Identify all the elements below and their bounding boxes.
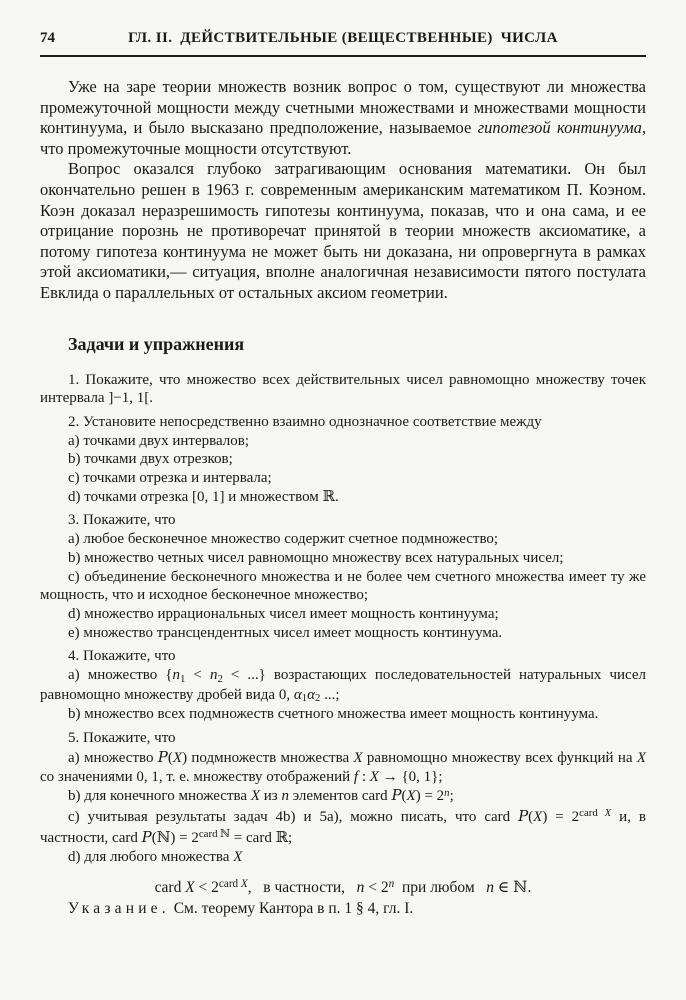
text-segment: X xyxy=(407,788,416,804)
text-segment: X xyxy=(173,750,182,766)
book-page: 74 ГЛ. II. ДЕЙСТВИТЕЛЬНЫЕ (ВЕЩЕСТВЕННЫЕ)… xyxy=(0,0,686,1000)
problem-5-item-d: d) для любого множества X xyxy=(40,848,646,867)
text-segment: a) любое бесконечное множество содержит … xyxy=(68,531,498,547)
text-segment: , в частности, xyxy=(248,879,357,896)
text-segment: при любом xyxy=(394,879,486,896)
problem-3-item-b: b) множество четных чисел равномощно мно… xyxy=(40,549,646,568)
problem-3: 3. Покажите, что xyxy=(40,511,646,530)
intro-text: Уже на заре теории множеств возник вопро… xyxy=(40,77,646,304)
text-segment: < xyxy=(185,667,210,683)
text-segment: P xyxy=(142,828,152,846)
text-segment: 1 xyxy=(180,673,185,685)
text-segment: P xyxy=(158,748,168,766)
text-segment: ...; xyxy=(320,687,339,703)
text-segment: 2 xyxy=(315,692,320,704)
text-segment: card xyxy=(219,878,241,890)
text-segment: c) объединение бесконечного множества и … xyxy=(40,569,646,604)
text-segment: Вопрос оказался глубоко затрагивающим ос… xyxy=(40,159,646,302)
text-segment: c) точками отрезка и интервала; xyxy=(68,470,272,486)
text-segment: равномощно множеству всех функций на xyxy=(363,750,637,766)
page-number: 74 xyxy=(40,30,55,47)
problem-3-item-a: a) любое бесконечное множество содержит … xyxy=(40,530,646,549)
text-segment: ) = 2 xyxy=(542,809,579,825)
paragraph-continuum-hypothesis: Уже на заре теории множеств возник вопро… xyxy=(40,77,646,159)
text-segment: ) подмножеств множества xyxy=(182,750,353,766)
problem-3-item-c: c) объединение бесконечного множества и … xyxy=(40,568,646,605)
text-segment: X xyxy=(370,769,379,785)
problem-2-item-b: b) точками двух отрезков; xyxy=(40,450,646,469)
problem-3-item-d: d) множество иррациональных чисел имеет … xyxy=(40,605,646,624)
problem-5-item-b: b) для конечного множества X из n элемен… xyxy=(40,786,646,807)
hint-label: Указание. xyxy=(68,900,170,917)
problem-4-item-b: b) множество всех подмножеств счетного м… xyxy=(40,705,646,724)
text-segment: X xyxy=(637,750,646,766)
hint-text: См. теорему Кантора в п. 1 § 4, гл. I. xyxy=(174,900,414,917)
text-segment: α xyxy=(307,687,315,703)
problem-2-item-d: d) точками отрезка [0, 1] и множеством ℝ… xyxy=(40,488,646,507)
text-segment: e) множество трансцендентных чисел имеет… xyxy=(68,625,502,641)
text-segment: card xyxy=(579,807,604,819)
text-segment: n xyxy=(281,788,289,804)
section-title: Задачи и упражнения xyxy=(40,334,646,355)
running-head: 74 ГЛ. II. ДЕЙСТВИТЕЛЬНЫЕ (ВЕЩЕСТВЕННЫЕ)… xyxy=(40,30,646,50)
problem-2-item-a: a) точками двух интервалов; xyxy=(40,432,646,451)
text-segment: 1 xyxy=(302,692,307,704)
text-segment: n xyxy=(172,667,180,683)
text-segment: b) для конечного множества xyxy=(68,788,251,804)
text-segment: P xyxy=(518,807,528,825)
problem-4-item-a: a) множество {n1 < n2 < ...} возрастающи… xyxy=(40,666,646,705)
problem-5-item-c: c) учитывая результаты задач 4b) и 5a), … xyxy=(40,807,646,848)
text-segment: c) учитывая результаты задач 4b) и 5a), … xyxy=(68,809,518,825)
text-segment: b) множество четных чисел равномощно мно… xyxy=(68,550,564,566)
problem-5: 5. Покажите, что xyxy=(40,729,646,748)
paragraph-cohen-result: Вопрос оказался глубоко затрагивающим ос… xyxy=(40,159,646,303)
text-segment: card ℕ xyxy=(199,828,230,840)
text-segment: X xyxy=(241,878,248,890)
text-segment: n xyxy=(444,787,449,799)
text-segment: со значениями 0, 1, т. е. множеству отоб… xyxy=(40,769,354,785)
problem-2-item-c: c) точками отрезка и интервала; xyxy=(40,469,646,488)
problem-4: 4. Покажите, что xyxy=(40,647,646,666)
text-segment: d) множество иррациональных чисел имеет … xyxy=(68,606,499,622)
display-formula-cantor: card X < 2card X, в частности, n < 2n пр… xyxy=(40,878,646,899)
text-segment: X xyxy=(605,807,612,819)
text-segment: X xyxy=(185,879,194,896)
text-segment: d) точками отрезка [0, 1] и множеством ℝ… xyxy=(68,489,339,505)
text-segment: → {0, 1}; xyxy=(379,769,443,785)
text-segment: гипотезой континуума xyxy=(478,118,642,137)
problem-1: 1. Покажите, что множество всех действит… xyxy=(40,371,646,408)
text-segment: 4. Покажите, что xyxy=(68,648,176,664)
text-segment: 2 xyxy=(217,673,222,685)
text-segment: X xyxy=(533,809,542,825)
problem-3-item-e: e) множество трансцендентных чисел имеет… xyxy=(40,624,646,643)
chapter-running-title: ГЛ. II. ДЕЙСТВИТЕЛЬНЫЕ (ВЕЩЕСТВЕННЫЕ) ЧИ… xyxy=(40,30,646,47)
text-segment: a) множество { xyxy=(68,667,172,683)
text-segment: ; xyxy=(450,788,454,804)
text-segment: n xyxy=(486,879,494,896)
text-segment: X xyxy=(353,750,362,766)
text-segment: d) для любого множества xyxy=(68,849,233,865)
text-segment: X xyxy=(251,788,260,804)
hint-line: Указание. См. теорему Кантора в п. 1 § 4… xyxy=(40,899,646,919)
text-segment: n xyxy=(389,878,395,890)
problems-list: 1. Покажите, что множество всех действит… xyxy=(40,371,646,920)
header-rule xyxy=(40,55,646,57)
text-segment: card xyxy=(155,879,186,896)
text-segment: X xyxy=(233,849,242,865)
text-segment: : xyxy=(358,769,370,785)
text-segment: P xyxy=(391,786,401,804)
text-segment: 3. Покажите, что xyxy=(68,512,176,528)
text-segment: 5. Покажите, что xyxy=(68,730,176,746)
text-segment: (ℕ) = 2 xyxy=(152,830,199,846)
problem-5-item-a: a) множество P(X) подмножеств множества … xyxy=(40,748,646,786)
text-segment: α xyxy=(294,687,302,703)
text-segment: < 2 xyxy=(364,879,388,896)
text-segment: < 2 xyxy=(195,879,219,896)
text-segment: = card ℝ; xyxy=(230,830,292,846)
text-segment: из xyxy=(260,788,281,804)
text-segment: ∈ ℕ. xyxy=(494,879,531,896)
problem-2: 2. Установите непосредственно взаимно од… xyxy=(40,413,646,432)
text-segment: a) множество xyxy=(68,750,158,766)
text-segment: a) точками двух интервалов; xyxy=(68,433,249,449)
text-segment: ) = 2 xyxy=(416,788,444,804)
text-segment: 1. Покажите, что множество всех действит… xyxy=(40,372,646,407)
text-segment: элементов card xyxy=(289,788,392,804)
text-segment: 2. Установите непосредственно взаимно од… xyxy=(68,414,542,430)
text-segment: b) множество всех подмножеств счетного м… xyxy=(68,706,598,722)
text-segment: b) точками двух отрезков; xyxy=(68,451,233,467)
